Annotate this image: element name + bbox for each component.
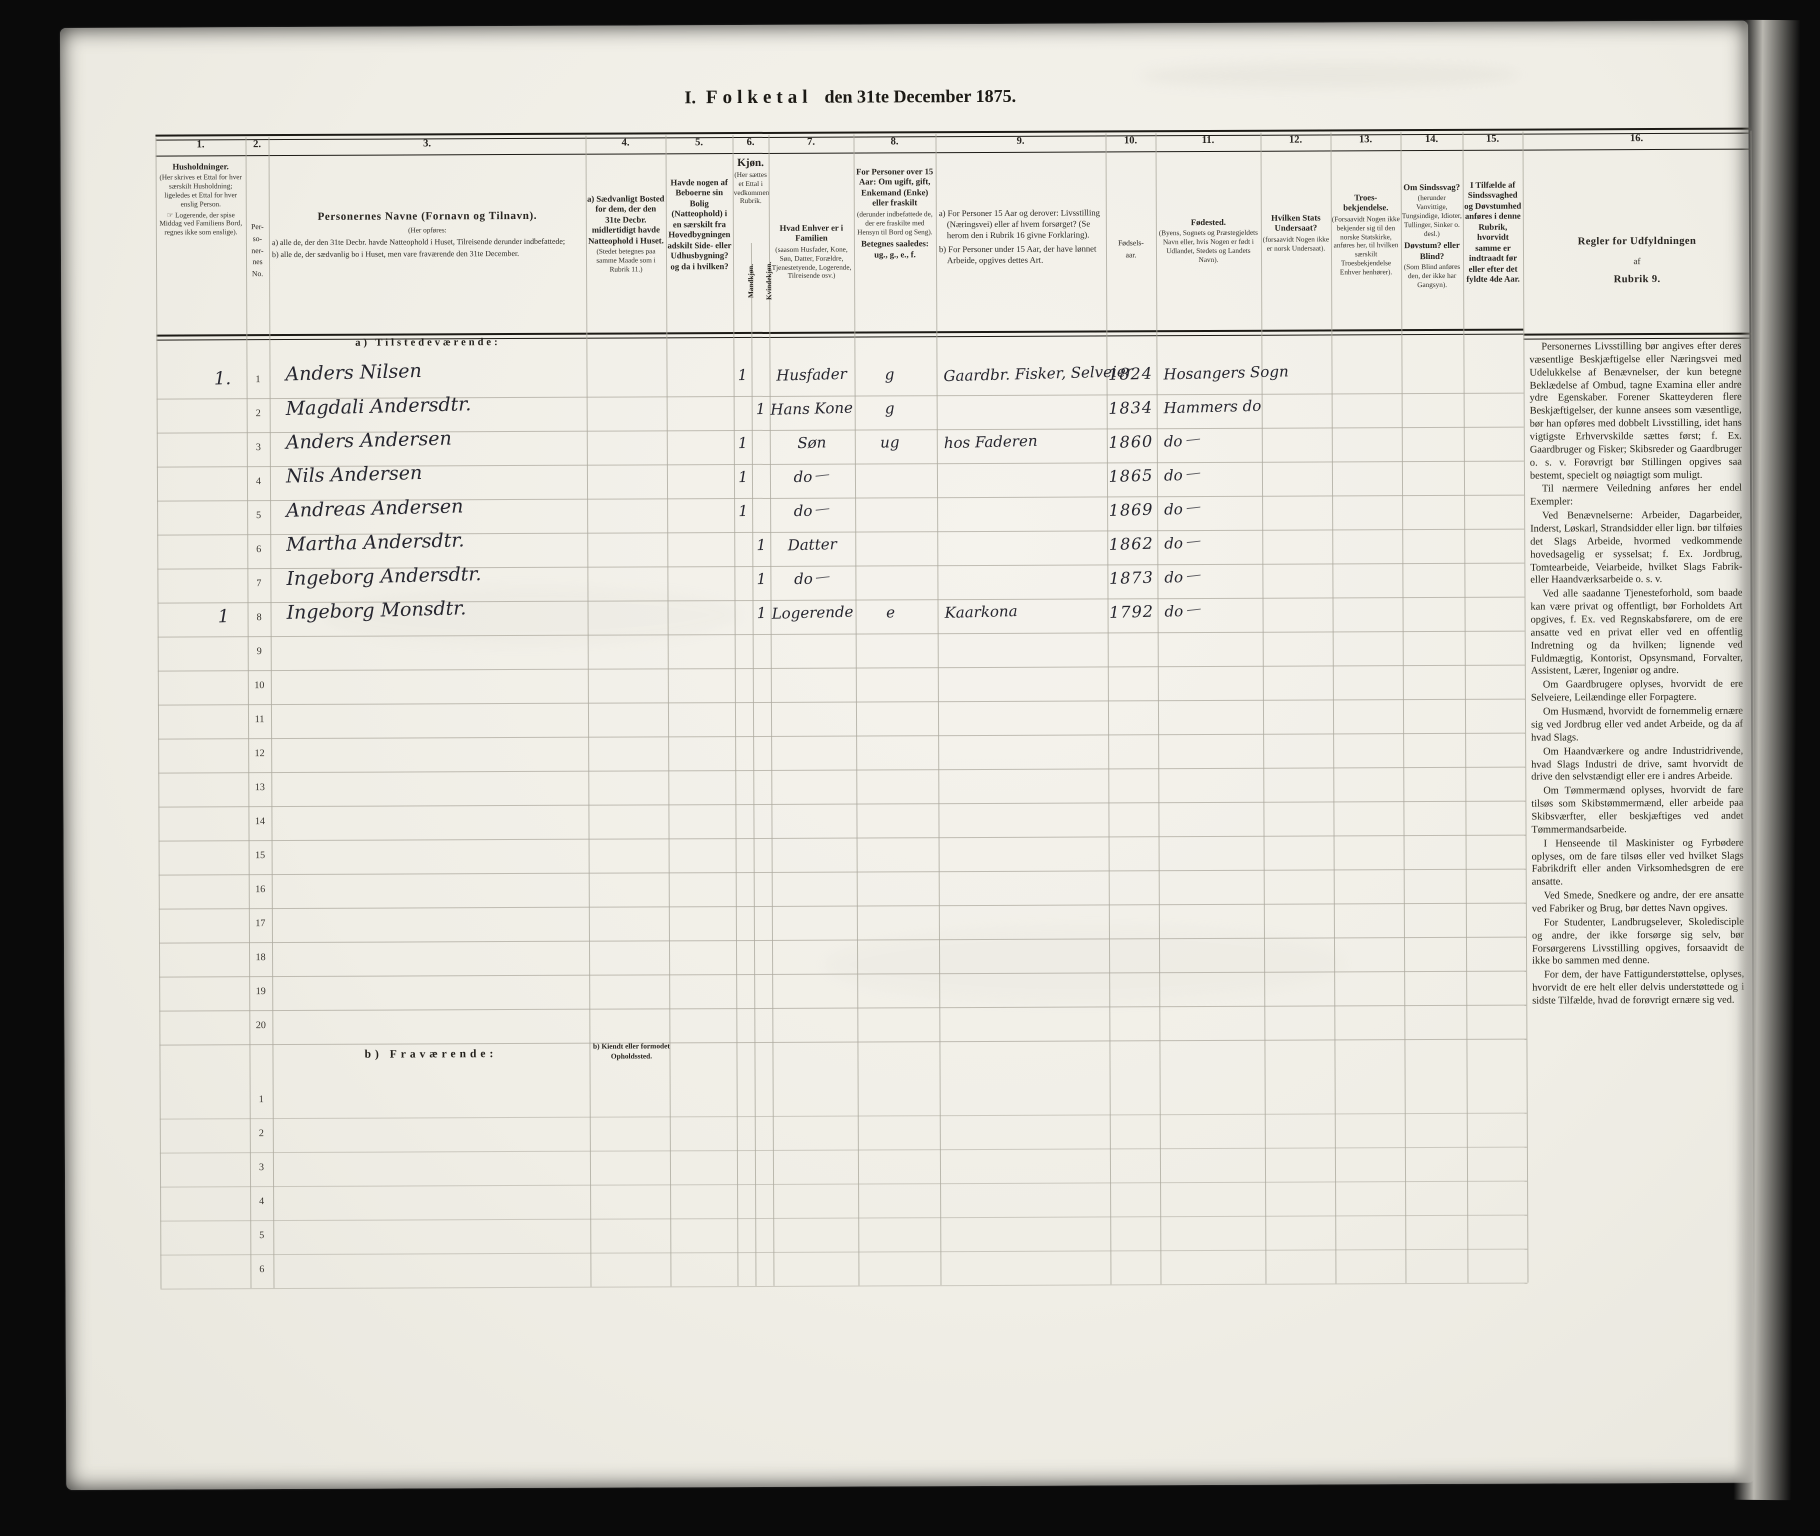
row-number: 13 (248, 782, 271, 793)
absent-note: b) Kiendt eller formodet Opholdssted. (588, 1041, 674, 1061)
cell-birth-year: 1869 (1102, 500, 1160, 520)
header-text: (Stedet betegnes paa samme Maade som i R… (587, 248, 665, 275)
cell-birthplace: do (1164, 602, 1201, 621)
header-text: b) For Personer under 15 Aar, der have l… (937, 243, 1105, 266)
column-number: 6. (732, 137, 768, 148)
row-number: 6 (250, 1264, 273, 1275)
column-header-15: I Tilfælde af Sindssvaghed og Døvstumhed… (1463, 152, 1524, 353)
cell-name: Martha Andersdtr. (286, 529, 465, 556)
grid-line-row (158, 733, 1525, 740)
header-text: (Her opføres: (270, 225, 585, 235)
header-text: af (1523, 255, 1751, 267)
column-number: 14. (1400, 134, 1462, 145)
cell-marital-status: e (860, 603, 920, 623)
header-text: (Her skrives et Ettal for hver særskilt … (157, 174, 245, 210)
rules-paragraph: Om Gaardbrugere oplyses, hvorvidt de ere… (1531, 679, 1743, 706)
rules-column: Personernes Livsstilling bør angives eft… (1529, 341, 1744, 1010)
row-number: 2 (247, 408, 270, 419)
header-text: Regler for Udfyldningen (1523, 236, 1751, 250)
rules-paragraph: Om Tømmermænd oplyses, hvorvidt de fare … (1531, 785, 1743, 837)
header-text: For Personer over 15 Aar: Om ugift, gift… (855, 166, 935, 208)
scan-background: I.Folketalden 31te December 1875. 1.Hush… (0, 0, 1820, 1536)
grid-line-row (158, 767, 1525, 774)
header-text: Hvilken Stats Undersaat? (1262, 212, 1330, 233)
header-text: a) Sædvanligt Bosted for dem, der den 31… (587, 193, 665, 246)
header-text: Personernes Navne (Fornavn og Tilnavn). (270, 210, 585, 225)
cell-birth-year: 1873 (1102, 568, 1160, 588)
row-number: 7 (247, 578, 270, 589)
row-number: 11 (248, 714, 271, 725)
cell-birth-year: 1862 (1102, 534, 1160, 554)
rules-paragraph: Personernes Livsstilling bør angives eft… (1529, 341, 1742, 483)
grid-line-row (159, 1039, 1526, 1046)
header-text: Per- so- ner- nes No. (247, 221, 268, 280)
column-header-9: a) For Personer 15 Aar og derover: Livss… (936, 153, 1107, 381)
header-text: Fødsels- aar. (1107, 237, 1155, 261)
row-number: 2 (250, 1128, 273, 1139)
cell-name: Ingeborg Monsdtr. (286, 597, 466, 624)
row-number: 6 (247, 544, 270, 555)
column-header-14: Om Sindssvag?(herunder Vanvittige, Tungs… (1401, 152, 1464, 355)
column-header-8: For Personer over 15 Aar: Om ugift, gift… (854, 154, 937, 339)
rules-paragraph: I Henseende til Maskinister og Fyrbødere… (1532, 837, 1744, 889)
column-number: 9. (935, 135, 1105, 147)
title-numeral: I. (684, 87, 696, 107)
column-number: 10. (1105, 135, 1155, 146)
rules-paragraph: Ved Benævnelserne: Arbeider, Dagarbeider… (1530, 510, 1742, 588)
grid-line-row (160, 1215, 1527, 1222)
header-text: I Tilfælde af Sindssvaghed og Døvstumhed… (1464, 180, 1522, 285)
row-number: 4 (250, 1196, 273, 1207)
census-page: I.Folketalden 31te December 1875. 1.Hush… (60, 21, 1754, 1490)
column-header-3: Personernes Navne (Fornavn og Tilnavn).(… (269, 156, 587, 384)
column-number: 12. (1260, 134, 1330, 145)
header-text: Kjøn. (734, 157, 768, 169)
cell-name: Nils Andersen (286, 462, 423, 487)
census-table: 1.Husholdninger.(Her skrives et Ettal fo… (60, 21, 1748, 28)
bleed-through-smudge (824, 922, 1344, 1004)
cell-family-position: do (768, 501, 856, 521)
cell-sex-male: 1 (733, 366, 751, 384)
grid-line-row (159, 937, 1526, 944)
row-number: 16 (249, 884, 272, 895)
grid-line-row (158, 665, 1525, 672)
cell-family-position: Logerende (768, 603, 856, 623)
cell-family-position: do (768, 467, 856, 487)
cell-name: Ingeborg Andersdtr. (286, 563, 482, 590)
row-number: 17 (249, 918, 272, 929)
column-header-1: Husholdninger.(Her skrives et Ettal for … (156, 157, 247, 334)
cell-sex-male: 1 (734, 502, 752, 520)
column-number: 5. (665, 137, 732, 148)
cell-birthplace: do (1164, 534, 1201, 553)
column-header-5: Havde nogen af Beboerne sin Bolig (Natte… (666, 155, 734, 350)
row-number: 5 (247, 510, 270, 521)
grid-line-row (158, 699, 1525, 706)
header-text: (Her sættes et Ettal i vedkommende Rubri… (734, 171, 768, 206)
rules-paragraph: Om Haandværkere og andre Industridrivend… (1531, 745, 1743, 785)
header-text: (saasom Husfader, Kone, Søn, Datter, For… (770, 246, 853, 281)
cell-birth-year: 1865 (1102, 466, 1160, 486)
cell-marital-status: g (859, 399, 919, 419)
header-text: (herunder Vanvittige, Tungsindige, Idiot… (1402, 194, 1462, 238)
cell-sex-male: 1 (734, 434, 752, 452)
cell-family-position: Søn (768, 433, 856, 453)
header-text: a) alle de, der den 31te Decbr. havde Na… (270, 236, 585, 248)
rules-paragraph: Ved alle saadanne Tjenesteforhold, som b… (1530, 588, 1742, 679)
page-title: I.Folketalden 31te December 1875. (625, 86, 1075, 110)
column-number: 3. (268, 138, 585, 150)
cell-birthplace: do (1164, 500, 1201, 519)
column-header-12: Hvilken Stats Undersaat?(forsaavidt Noge… (1261, 152, 1332, 385)
column-header-4: a) Sædvanligt Bosted for dem, der den 31… (586, 155, 667, 366)
column-header-7: Hvad Enhver er i Familien(saasom Husfade… (769, 155, 855, 396)
header-text: b) alle de, der sædvanlig bo i Huset, me… (270, 249, 585, 261)
header-text: Døvstum? eller Blind? (1402, 240, 1462, 261)
cell-household: 1. (199, 368, 246, 390)
header-text: ☞ Logerende, der spise Middag ved Famili… (157, 211, 245, 238)
row-number: 20 (249, 1020, 272, 1031)
header-text: Troes-bekjendelse. (1332, 192, 1400, 213)
header-text: (forsaavidt Nogen ikke er norsk Undersaa… (1262, 235, 1330, 253)
cell-name: Magdali Andersdtr. (285, 393, 471, 420)
cell-birthplace: do (1164, 432, 1201, 451)
column-number: 16. (1522, 133, 1750, 145)
header-text: Havde nogen af Beboerne sin Bolig (Natte… (667, 177, 732, 272)
column-number: 7. (768, 137, 853, 148)
row-number: 10 (248, 680, 271, 691)
column-number: 11. (1155, 135, 1260, 146)
column-header-13: Troes-bekjendelse.(Forsaavidt Nogen ikke… (1331, 152, 1402, 365)
cell-name: Andreas Andersen (286, 495, 464, 521)
page-edge-shadow (1733, 20, 1800, 1500)
row-number: 19 (249, 986, 272, 997)
rules-paragraph: Ved Smede, Snedkere og andre, der ere an… (1532, 890, 1744, 917)
header-text: Fødested. (1157, 217, 1260, 228)
cell-birth-year: 1860 (1102, 432, 1160, 452)
cell-birth-year: 1824 (1101, 364, 1159, 384)
grid-line-row (159, 835, 1526, 842)
bleed-through-smudge (1140, 62, 1520, 90)
rules-paragraph: For dem, der have Fattigunderstøttelse, … (1532, 969, 1744, 1009)
header-text: (derunder indbefattede de, der ere frask… (855, 210, 935, 237)
subheader-mandkjon: Mandkjøn. (747, 247, 755, 315)
row-number: 14 (248, 816, 271, 827)
row-number: 15 (249, 850, 272, 861)
grid-line-row (160, 1147, 1527, 1154)
rules-paragraph: Til nærmere Veiledning anføres her endel… (1530, 483, 1742, 510)
grid-line-row (159, 903, 1526, 910)
column-header-2: Per- so- ner- nes No. (246, 157, 270, 394)
cell-family-position: Datter (768, 535, 856, 555)
cell-name: Anders Andersen (286, 428, 452, 454)
cell-occupation: hos Faderen (944, 432, 1038, 452)
section-absent-label: b) Fraværende: (272, 1048, 589, 1061)
grid-line-row (160, 1181, 1527, 1188)
title-word: Folketal (706, 87, 813, 108)
header-text: a) For Personer 15 Aar og derover: Livss… (937, 207, 1105, 241)
cell-marital-status: ug (860, 433, 920, 453)
grid-line-row (161, 1283, 1528, 1290)
cell-birthplace: Hammers do (1163, 397, 1261, 417)
row-number: 1 (247, 374, 270, 385)
column-number: 4. (585, 137, 665, 148)
cell-birthplace: Hosangers Sogn (1163, 362, 1289, 383)
header-text: Rubrik 9. (1523, 273, 1751, 287)
row-number: 5 (250, 1230, 273, 1241)
cell-household: 1 (200, 606, 247, 628)
row-number: 9 (248, 646, 271, 657)
row-number: 12 (248, 748, 271, 759)
cell-sex-male: 1 (734, 468, 752, 486)
row-number: 3 (247, 442, 270, 453)
column-header-11: Fødested.(Byens, Sognets og Præstegjelde… (1156, 153, 1262, 390)
grid-line-row (158, 801, 1525, 808)
row-number: 4 (247, 476, 270, 487)
cell-family-position: Hans Kone (767, 399, 855, 419)
cell-occupation: Kaarkona (944, 602, 1017, 622)
column-number: 13. (1330, 134, 1400, 145)
title-rest: den 31te December 1875. (824, 86, 1016, 107)
row-number: 8 (248, 612, 271, 623)
grid-line-row (159, 1005, 1526, 1012)
section-present-label: a) Tilstedeværende: (269, 337, 586, 349)
row-number: 18 (249, 952, 272, 963)
rules-paragraph: Om Husmænd, hvorvidt de fornemmelig ernæ… (1531, 706, 1743, 746)
cell-birthplace: do (1164, 466, 1201, 485)
column-number: 1. (155, 139, 245, 150)
column-number: 15. (1462, 134, 1522, 145)
grid-line-row (160, 1113, 1527, 1120)
header-text: Hvad Enhver er i Familien (770, 223, 853, 244)
cell-birth-year: 1792 (1102, 602, 1160, 622)
header-text: Betegnes saaledes: ug., g., e., f. (855, 238, 935, 259)
grid-line-row (159, 869, 1526, 876)
header-text: Om Sindssvag? (1402, 182, 1462, 193)
grid-line-row (160, 1249, 1527, 1256)
column-number: 2. (245, 139, 268, 150)
cell-birth-year: 1834 (1101, 398, 1159, 418)
cell-name: Anders Nilsen (285, 360, 422, 385)
column-number: 8. (853, 136, 935, 147)
cell-family-position: do (768, 569, 856, 589)
cell-birthplace: do (1164, 568, 1201, 587)
header-text: (Forsaavidt Nogen ikke bekjender sig til… (1332, 215, 1400, 277)
cell-marital-status: g (859, 365, 919, 385)
header-text: (Byens, Sognets og Præstegjeldets Navn e… (1157, 229, 1260, 265)
row-number: 1 (250, 1094, 273, 1105)
header-text: (Som Blind anføres den, der ikke har Gan… (1402, 263, 1462, 290)
header-text: Husholdninger. (157, 161, 245, 172)
cell-family-position: Husfader (767, 365, 855, 385)
rules-paragraph: For Studenter, Landbrugselever, Skoledis… (1532, 916, 1744, 968)
row-number: 3 (250, 1162, 273, 1173)
